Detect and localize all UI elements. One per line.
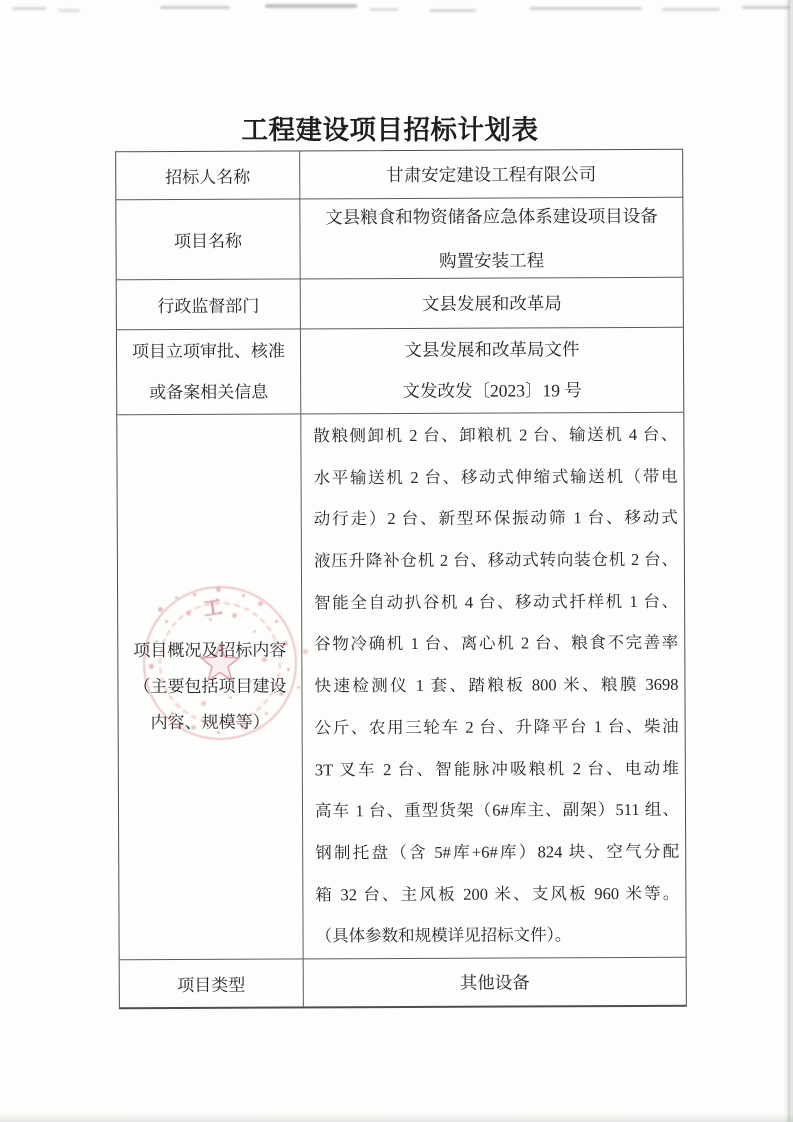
project-name-value: 文县粮食和物资储备应急体系建设项目设备 购置安装工程 xyxy=(300,198,682,279)
project-overview-value: 散粮侧卸机 2 台、卸粮机 2 台、输送机 4 台、 水平输送机 2 台、移动式… xyxy=(301,413,685,959)
scan-smudge xyxy=(58,9,80,12)
overview-line: （具体参数和规模详见招标文件）。 xyxy=(315,914,679,957)
project-name-line: 购置安装工程 xyxy=(439,238,544,282)
scan-shadow-bottom xyxy=(0,1113,793,1122)
scan-smudge xyxy=(12,7,46,10)
overview-line: 箱 32 台、主风板 200 米、支风板 960 米等。 xyxy=(315,872,679,915)
project-name-line: 文县粮食和物资储备应急体系建设项目设备 xyxy=(325,193,658,238)
overview-line: 高车 1 台、重型货架（6#库主、副架）511 组、 xyxy=(315,789,679,832)
scan-smudge xyxy=(430,9,476,12)
overview-line: 快速检测仪 1 套、踏粮板 800 米、粮膜 3698 xyxy=(314,664,678,707)
approval-info-label-line: 或备案相关信息 xyxy=(149,372,268,414)
table-row-approval-info: 项目立项审批、核准 或备案相关信息 文县发展和改革局文件 文发改发〔2023〕1… xyxy=(117,328,683,415)
overview-line: 液压升降补仓机 2 台、移动式转向装仓机 2 台、 xyxy=(314,539,678,582)
overview-line: 动行走）2 台、新型环保振动筛 1 台、移动式 xyxy=(314,497,678,540)
scanned-document-page: 工程建设项目招标计划表 招标人名称 甘肃安定建设工程有限公司 项目名称 文县粮食… xyxy=(0,0,793,1122)
project-type-label: 项目类型 xyxy=(120,959,304,1007)
overview-line: 智能全自动扒谷机 4 台、移动式扦样机 1 台、 xyxy=(314,581,678,624)
table-row-project-type: 项目类型 其他设备 xyxy=(120,958,686,1007)
page-title: 工程建设项目招标计划表 xyxy=(0,108,780,147)
supervising-department-label: 行政监督部门 xyxy=(117,279,301,329)
scan-smudge xyxy=(160,6,230,9)
overview-line: 散粮侧卸机 2 台、卸粮机 2 台、输送机 4 台、 xyxy=(313,414,677,457)
table-row-project-name: 项目名称 文县粮食和物资储备应急体系建设项目设备 购置安装工程 xyxy=(116,198,682,280)
table-row-supervising-department: 行政监督部门 文县发展和改革局 xyxy=(117,278,683,330)
scan-smudge xyxy=(530,7,642,10)
overview-line: 谷物冷确机 1 台、离心机 2 台、粮食不完善率 xyxy=(314,622,678,665)
table-row-project-overview: 项目概况及招标内容 （主要包括项目建设 内容、规模等） 散粮侧卸机 2 台、卸粮… xyxy=(117,413,685,960)
project-overview-label: 项目概况及招标内容 （主要包括项目建设 内容、规模等） xyxy=(117,414,303,959)
overview-line: 水平输送机 2 台、移动式伸缩式输送机（带电 xyxy=(313,455,677,498)
bidder-name-label: 招标人名称 xyxy=(116,151,300,199)
scan-smudge xyxy=(370,8,398,11)
project-type-value: 其他设备 xyxy=(304,958,686,1007)
scan-smudge xyxy=(265,4,357,8)
scan-smudge xyxy=(662,8,720,11)
approval-info-value: 文县发展和改革局文件 文发改发〔2023〕19 号 xyxy=(301,328,683,414)
project-overview-label-line: 项目概况及招标内容 xyxy=(133,633,286,670)
overview-line: 钢制托盘（含 5#库+6#库）824 块、空气分配 xyxy=(315,831,679,874)
project-overview-label-line: 内容、规模等） xyxy=(151,705,270,742)
overview-line: 3T 叉车 2 台、智能脉冲吸粮机 2 台、电动堆 xyxy=(315,747,679,790)
approval-info-label: 项目立项审批、核准 或备案相关信息 xyxy=(117,329,301,414)
bidder-name-value: 甘肃安定建设工程有限公司 xyxy=(300,150,682,199)
project-overview-label-line: （主要包括项目建设 xyxy=(133,669,286,706)
approval-info-value-line: 文发改发〔2023〕19 号 xyxy=(402,370,582,412)
supervising-department-value: 文县发展和改革局 xyxy=(301,278,683,329)
approval-info-label-line: 项目立项审批、核准 xyxy=(132,331,285,373)
approval-info-value-line: 文县发展和改革局文件 xyxy=(404,329,579,371)
bidding-plan-table: 招标人名称 甘肃安定建设工程有限公司 项目名称 文县粮食和物资储备应急体系建设项… xyxy=(115,149,687,1009)
overview-line: 公斤、农用三轮车 2 台、升降平台 1 台、柴油 xyxy=(315,706,679,749)
scan-edge-line-right xyxy=(788,0,790,1122)
project-name-label: 项目名称 xyxy=(116,199,300,279)
